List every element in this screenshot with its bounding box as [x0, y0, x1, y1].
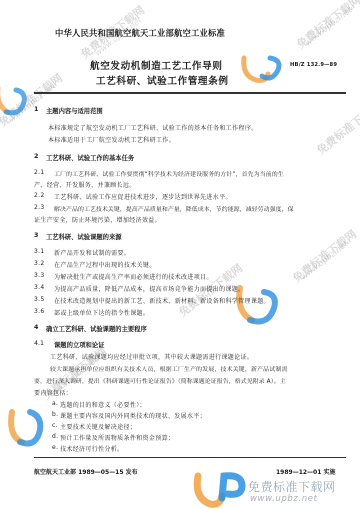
list-label: c.	[52, 422, 58, 429]
item-number: 3.1	[34, 248, 45, 255]
header-divider	[34, 92, 346, 94]
item-2-1-text-cont: 产、经营、开发服务，并兼顾长远。	[34, 180, 136, 189]
brand-watermark-url: www.upbz.net	[250, 494, 318, 504]
list-item-a: 选题的目的和意义（必要性）；	[60, 400, 146, 409]
list-item-c: 主要技术关键及解决途径；	[60, 422, 136, 431]
organization-header: 中华人民共和国航空航天工业部航空工业标准	[55, 27, 225, 39]
document-title-line2: 工艺科研、试验工作管理条例	[96, 73, 229, 87]
item-number: 3.6	[34, 308, 45, 315]
list-item-d: 预计工作量及所需物质条件和资金预算；	[60, 433, 174, 442]
list-label: d.	[52, 433, 58, 440]
item-3-1-text: 新产品开发和试制的需要。	[54, 248, 130, 257]
section-3-title: 工艺科研、试验课题的来源	[46, 232, 122, 241]
up-logo-icon	[192, 472, 248, 508]
section-1-title: 主题内容与适用范围	[46, 106, 103, 115]
item-number: 3.3	[34, 272, 45, 279]
section-1-number: 1	[34, 106, 38, 113]
item-3-3-text: 为解决批生产或提高生产率而必须进行的技术改进项目。	[54, 272, 213, 281]
section-4-para1: 工艺科研、试验课题均应经过审批立项，其中较大课题需进行课题论证。	[50, 352, 253, 361]
issued-date: 航空航天工业部 1989—05—15 发布	[34, 467, 138, 476]
item-2-3-text: 解决产品的工艺技术关键，提高产品质量和产量，降低成本，节约能源，减轻劳动强度，保	[54, 204, 294, 213]
item-2-1-text: 工厂的工艺科研、试验工作要贯彻“科学技术为经济建设服务的方针”，首先为当前的生	[54, 169, 284, 178]
list-label: e.	[52, 444, 58, 451]
section-4-number: 4	[34, 324, 38, 331]
up-logo-icon	[6, 402, 46, 450]
up-logo-icon	[0, 82, 30, 118]
subsection-number: 4.1	[34, 340, 44, 347]
item-number: 3.5	[34, 296, 45, 303]
item-2-2-text: 工艺科研、试验工作应促进技术进步，逐步达到世界先进水平。	[54, 192, 232, 201]
section-4-para2-cont: 要内容包括：	[34, 388, 72, 397]
list-item-b: 课题主要内容及国内外同类技术的现状、发展水平；	[60, 411, 206, 420]
document-page: 免费标准下载网 www.upbz.net 免费标准下载网 www.upbz.ne…	[0, 0, 360, 509]
item-number: 3.2	[34, 260, 45, 267]
brand-watermark-text: 免费标准下载网	[248, 478, 336, 495]
item-number: 2.3	[34, 204, 45, 211]
list-label: a.	[52, 400, 58, 407]
item-number: 2.1	[34, 169, 45, 176]
item-3-2-text: 在产品生产过程中出现的技术关键。	[54, 260, 156, 269]
section-4-para2-cont: 要，进行深入调研，提出《科研课题可行性论证报告》（简称课题论证报告，格式见附录 …	[34, 376, 286, 385]
effective-date: 1989—12—01 实施	[276, 467, 336, 476]
item-3-6-text: 部或上级单位下达的指令性课题。	[54, 308, 149, 317]
section-2-number: 2	[34, 153, 38, 160]
list-item-e: 技术经济可行性分析。	[60, 444, 124, 453]
standard-code: HB/Z 132.9—89	[290, 62, 337, 68]
section-2-title: 工艺科研、试验工作的基本任务	[46, 153, 134, 162]
item-3-5-text: 在技术改造规划中提出的新工艺、新技术、新材料、新设备和科学管理课题。	[54, 296, 270, 305]
list-label: b.	[52, 411, 58, 418]
item-2-3-text-cont: 证生产安全，防止环境污染，增加经济效益。	[34, 215, 161, 224]
up-logo-icon	[240, 52, 284, 86]
item-3-4-text: 为提高产品质量，降低产品成本，提高市场竞争能力而提出的课题。	[54, 284, 245, 293]
section-4-title: 确立工艺科研、试验课题的主要程序	[46, 324, 147, 333]
subsection-title: 课题的立项和论证	[54, 340, 104, 349]
section-1-para2: 本标准适用于工厂航空发动机工艺科研工作。	[48, 135, 175, 144]
watermark-text: 免费标准下载网	[313, 98, 360, 158]
item-number: 2.2	[34, 192, 45, 199]
footer-divider	[34, 457, 346, 458]
section-1-para1: 本标准规定了航空发动机工厂工艺科研、试验工作的基本任务和工作程序。	[48, 123, 258, 132]
section-3-number: 3	[34, 232, 38, 239]
document-title-line1: 航空发动机制造工艺工作导则	[90, 58, 223, 72]
item-number: 3.4	[34, 284, 45, 291]
section-4-para2: 较大课题承担单位应组织有关技术人员，根据工厂生产的发展，技术关键，新产品试制需	[50, 364, 288, 373]
